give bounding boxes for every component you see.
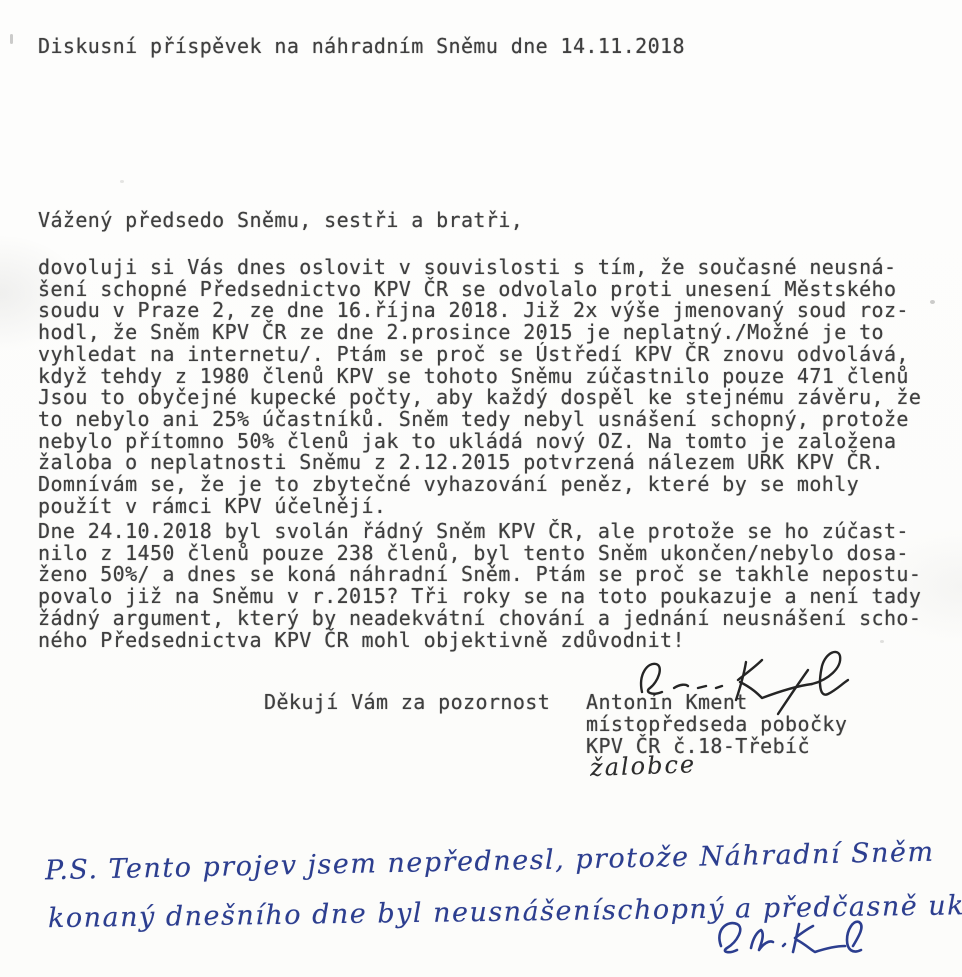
scan-artifact (10, 34, 13, 44)
signature-blue-ink (695, 912, 880, 970)
paragraph-1: dovoluji si Vás dnes oslovit v souvislos… (38, 257, 921, 517)
handwritten-role: žalobce (590, 750, 697, 782)
scan-artifact (930, 300, 935, 304)
scan-artifact (120, 180, 124, 183)
closing-thanks: Děkují Vám za pozornost (264, 692, 550, 714)
postscript-line-1: P.S. Tento projev jsem nepřednesl, proto… (45, 837, 935, 887)
scanned-letter-page: Diskusní příspěvek na náhradním Sněmu dn… (0, 0, 962, 977)
salutation: Vážený předsedo Sněmu, sestři a bratři, (38, 210, 523, 232)
paragraph-2: Dne 24.10.2018 byl svolán řádný Sněm KPV… (38, 521, 921, 651)
signature-black-ink (628, 640, 873, 720)
scan-artifact (880, 640, 884, 643)
letter-title: Diskusní příspěvek na náhradním Sněmu dn… (38, 36, 685, 58)
